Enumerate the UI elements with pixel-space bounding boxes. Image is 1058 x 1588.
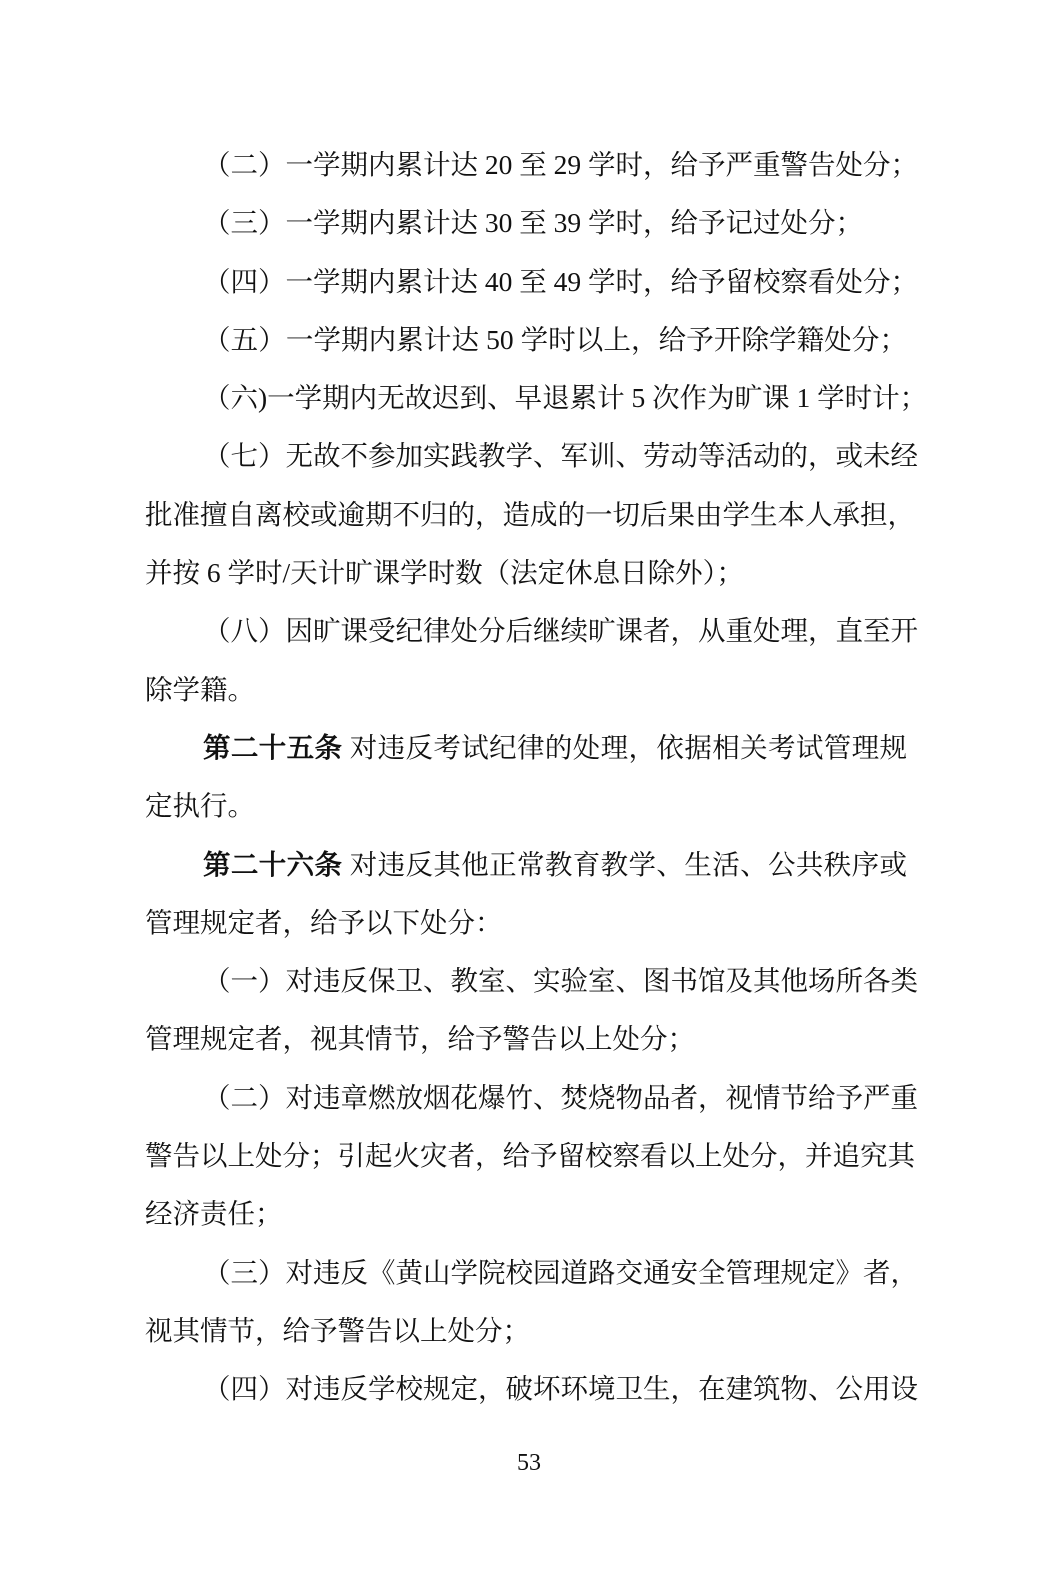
paragraph-line: 并按 6 学时/天计旷课学时数（法定休息日除外）； [145,551,907,609]
line-text: （八）因旷课受纪律处分后继续旷课者，从重处理，直至开 [203,615,918,646]
paragraph-line: 定执行。 [145,784,907,842]
line-text: 批准擅自离校或逾期不归的，造成的一切后果由学生本人承担， [145,499,915,530]
line-text: 警告以上处分；引起火灾者，给予留校察看以上处分，并追究其 [145,1140,915,1171]
paragraph-line: （二）一学期内累计达 20 至 29 学时，给予严重警告处分； [145,143,907,201]
paragraph-line: （七）无故不参加实践教学、军训、劳动等活动的，或未经 [145,434,907,492]
paragraph-line: （三）一学期内累计达 30 至 39 学时，给予记过处分； [145,201,907,259]
paragraph-line: （二）对违章燃放烟花爆竹、焚烧物品者，视情节给予严重 [145,1076,907,1134]
paragraph-line: （五）一学期内累计达 50 学时以上，给予开除学籍处分； [145,318,907,376]
article-heading-line: 第二十六条 对违反其他正常教育教学、生活、公共秩序或 [145,843,907,901]
line-text: （三）对违反《黄山学院校园道路交通安全管理规定》者， [203,1257,918,1288]
paragraph-line: （六)一学期内无故迟到、早退累计 5 次作为旷课 1 学时计； [145,376,907,434]
paragraph-line: （八）因旷课受纪律处分后继续旷课者，从重处理，直至开 [145,609,907,667]
paragraph-line: 批准擅自离校或逾期不归的，造成的一切后果由学生本人承担， [145,493,907,551]
line-text: 视其情节，给予警告以上处分； [145,1315,530,1346]
paragraph-line: 管理规定者，视其情节，给予警告以上处分； [145,1017,907,1075]
line-text: （一）对违反保卫、教室、实验室、图书馆及其他场所各类 [203,965,918,996]
page-number: 53 [0,1450,1058,1477]
paragraph-line: 视其情节，给予警告以上处分； [145,1309,907,1367]
paragraph-line: （三）对违反《黄山学院校园道路交通安全管理规定》者， [145,1251,907,1309]
line-text: 对违反考试纪律的处理，依据相关考试管理规 [342,732,907,763]
line-text: （二）对违章燃放烟花爆竹、焚烧物品者，视情节给予严重 [203,1082,918,1113]
paragraph-line: 经济责任； [145,1192,907,1250]
paragraph-line: 除学籍。 [145,668,907,726]
paragraph-line: 警告以上处分；引起火灾者，给予留校察看以上处分，并追究其 [145,1134,907,1192]
line-text: （六)一学期内无故迟到、早退累计 5 次作为旷课 1 学时计； [203,382,927,413]
line-text: 对违反其他正常教育教学、生活、公共秩序或 [342,849,907,880]
paragraph-line: 管理规定者，给予以下处分： [145,901,907,959]
line-text: （七）无故不参加实践教学、军训、劳动等活动的，或未经 [203,440,918,471]
article-number: 第二十五条 [203,732,342,763]
line-text: （五）一学期内累计达 50 学时以上，给予开除学籍处分； [203,324,907,355]
line-text: 除学籍。 [145,674,255,705]
paragraph-line: （一）对违反保卫、教室、实验室、图书馆及其他场所各类 [145,959,907,1017]
line-text: 定执行。 [145,790,255,821]
line-text: （二）一学期内累计达 20 至 29 学时，给予严重警告处分； [203,149,918,180]
line-text: （四）一学期内累计达 40 至 49 学时，给予留校察看处分； [203,266,918,297]
article-heading-line: 第二十五条 对违反考试纪律的处理，依据相关考试管理规 [145,726,907,784]
line-text: 并按 6 学时/天计旷课学时数（法定休息日除外）； [145,557,744,588]
article-number: 第二十六条 [203,849,342,880]
paragraph-line: （四）对违反学校规定，破坏环境卫生，在建筑物、公用设 [145,1367,907,1425]
line-text: 管理规定者，视其情节，给予警告以上处分； [145,1023,695,1054]
line-text: 经济责任； [145,1198,283,1229]
line-text: （三）一学期内累计达 30 至 39 学时，给予记过处分； [203,207,863,238]
line-text: （四）对违反学校规定，破坏环境卫生，在建筑物、公用设 [203,1373,918,1404]
document-body: （二）一学期内累计达 20 至 29 学时，给予严重警告处分；（三）一学期内累计… [145,143,907,1426]
line-text: 管理规定者，给予以下处分： [145,907,503,938]
paragraph-line: （四）一学期内累计达 40 至 49 学时，给予留校察看处分； [145,260,907,318]
